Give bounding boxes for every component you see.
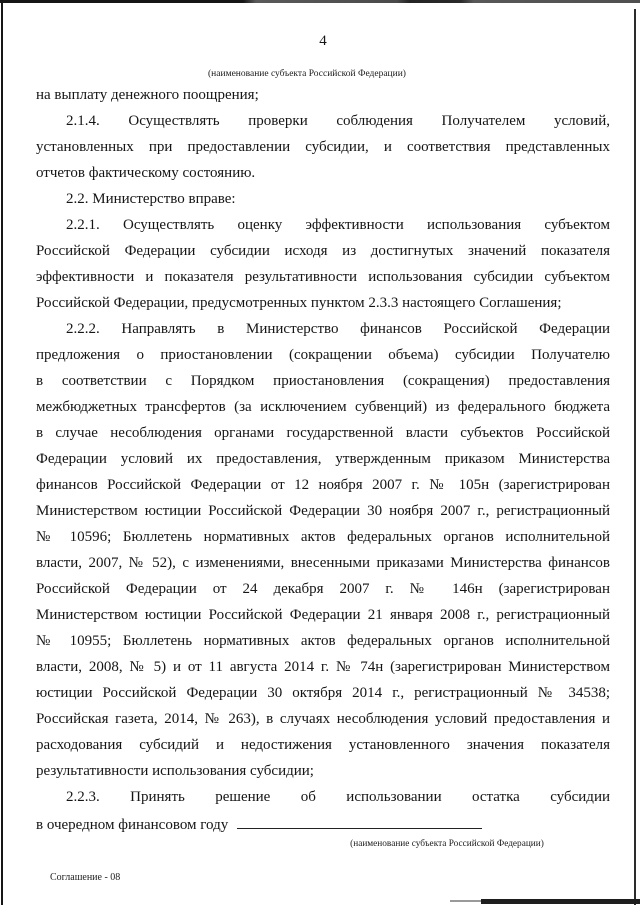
text-line: межбюджетных трансфертов (за исключением… [36, 394, 610, 420]
text-line: в соответствии с Порядком приостановлени… [36, 368, 610, 394]
page-number: 4 [36, 33, 610, 50]
fill-in-line: в очередном финансовом году [36, 810, 610, 836]
text-line: юстиции Российской Федерации 30 октября … [36, 680, 610, 706]
text-line: Российская газета, 2014, № 263), в случа… [36, 706, 610, 732]
text-line: № 10596; Бюллетень нормативных актов фед… [36, 524, 610, 550]
scan-bottom-edge-artifact [481, 899, 640, 904]
header-field-caption: (наименование субъекта Российской Федера… [36, 69, 578, 79]
blank-field-caption: (наименование субъекта Российской Федера… [341, 839, 553, 849]
text-line: № 10955; Бюллетень нормативных актов фед… [36, 628, 610, 654]
text-line: Министерством юстиции Российской Федерац… [36, 602, 610, 628]
text-line: Федерации условий их предоставления, утв… [36, 446, 610, 472]
scan-top-edge-artifact [0, 0, 640, 3]
text-line: Российской Федерации, предусмотренных пу… [36, 290, 610, 316]
blank-underline [237, 810, 482, 829]
text-line: власти, 2008, № 5) и от 11 августа 2014 … [36, 654, 610, 680]
text-line: Российской Федерации субсидии исходя из … [36, 238, 610, 264]
text-line: 2.2.1. Осуществлять оценку эффективности… [36, 212, 610, 238]
text-line: 2.2.3. Принять решение об использовании … [36, 784, 610, 810]
footer-label: Соглашение - 08 [50, 872, 120, 883]
text-line: установленных при предоставлении субсиди… [36, 134, 610, 160]
text-line: эффективности и показателя результативно… [36, 264, 610, 290]
scan-left-edge-artifact [1, 0, 3, 905]
text-line: 2.1.4. Осуществлять проверки соблюдения … [36, 108, 610, 134]
scan-right-edge-artifact [634, 9, 636, 905]
scan-bottom-edge-artifact [450, 900, 482, 902]
text-line: 2.2.2. Направлять в Министерство финансо… [36, 316, 610, 342]
fill-in-prefix: в очередном финансовом году [36, 817, 228, 833]
text-line: Российской Федерации от 24 декабря 2007 … [36, 576, 610, 602]
text-line: предложения о приостановлении (сокращени… [36, 342, 610, 368]
text-line: власти, 2007, № 52), с изменениями, внес… [36, 550, 610, 576]
text-line: расходования субсидий и недостижения уст… [36, 732, 610, 758]
text-line: в случае несоблюдения органами государст… [36, 420, 610, 446]
text-line: 2.2. Министерство вправе: [36, 186, 610, 212]
text-line: отчетов фактическому состоянию. [36, 160, 610, 186]
text-line: результативности использования субсидии; [36, 758, 610, 784]
text-line: Министерством юстиции Российской Федерац… [36, 498, 610, 524]
body-text: на выплату денежного поощрения;2.1.4. Ос… [36, 82, 610, 836]
text-line: финансов Российской Федерации от 12 нояб… [36, 472, 610, 498]
text-line: на выплату денежного поощрения; [36, 82, 610, 108]
